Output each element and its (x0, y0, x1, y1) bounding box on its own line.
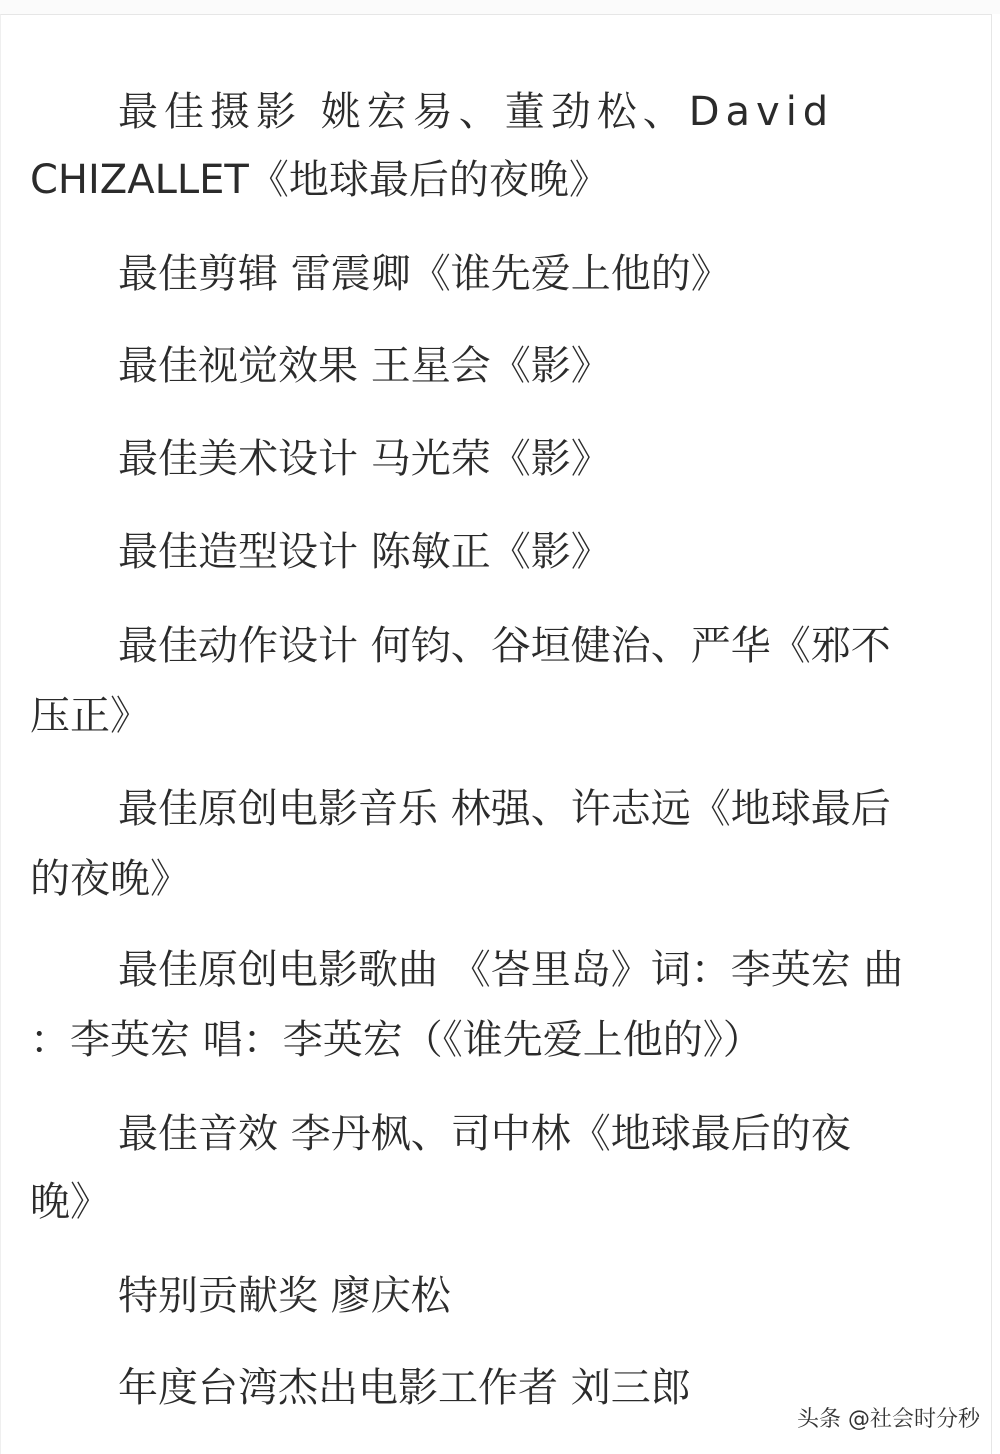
award-sound-effects-cont: 晚》 (30, 1178, 110, 1226)
award-sound-effects: 最佳音效 李丹枫、司中林《地球最后的夜 (118, 1110, 851, 1158)
award-original-song: 最佳原创电影歌曲 《峇里岛》词：李英宏 曲 (118, 946, 903, 994)
award-visual-effects: 最佳视觉效果 王星会《影》 (118, 342, 611, 390)
award-original-score-cont: 的夜晚》 (30, 855, 190, 903)
source-watermark: 头条 @社会时分秒 (797, 1402, 980, 1433)
award-original-score: 最佳原创电影音乐 林强、许志远《地球最后 (118, 785, 891, 833)
award-makeup-costume: 最佳造型设计 陈敏正《影》 (118, 528, 611, 576)
award-original-song-cont: ：李英宏 唱：李英宏（《谁先爱上他的》） (30, 1016, 763, 1064)
award-art-design: 最佳美术设计 马光荣《影》 (118, 435, 611, 483)
award-special-contribution: 特别贡献奖 廖庆松 (118, 1272, 451, 1320)
award-cinematography: 最佳摄影 姚宏易、董劲松、David (118, 88, 834, 136)
award-action-design: 最佳动作设计 何钧、谷垣健治、严华《邪不 (118, 622, 891, 670)
award-cinematography-cont: CHIZALLET《地球最后的夜晚》 (30, 156, 609, 204)
award-action-design-cont: 压正》 (30, 692, 150, 740)
top-band (0, 0, 1000, 14)
award-editing: 最佳剪辑 雷震卿《谁先爱上他的》 (118, 250, 731, 298)
award-outstanding-filmmaker: 年度台湾杰出电影工作者 刘三郎 (118, 1364, 691, 1412)
